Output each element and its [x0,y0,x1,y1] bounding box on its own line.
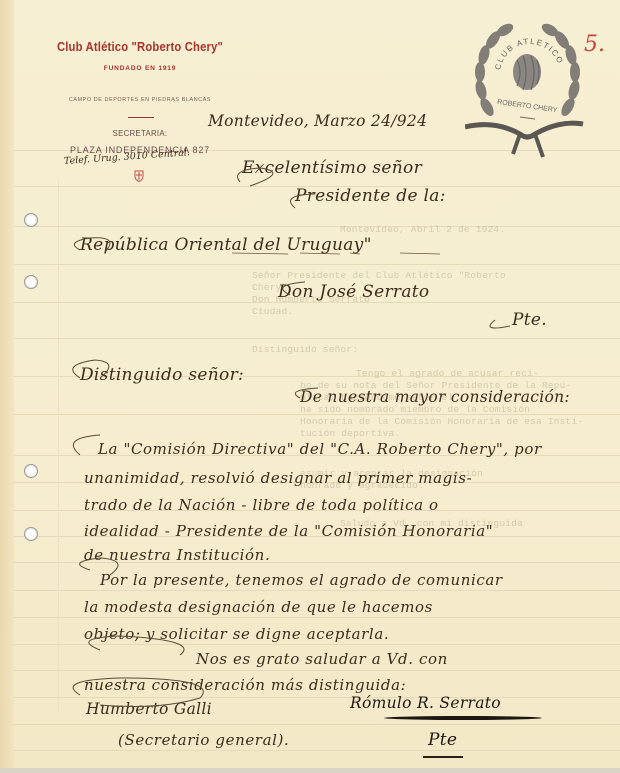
club-crest-icon [134,170,144,182]
greeting: Distinguido señor: [80,365,244,385]
body-line: la modesta designación de que le hacemos [84,598,433,616]
laurel-wreath-seal-icon: CLUB ATLETICO ROBERTO CHERY [465,12,590,162]
margin-line [58,180,59,713]
body-line: trado de la Nación - libre de toda polít… [84,496,439,514]
title-underline [423,756,463,758]
punch-hole-icon [24,275,38,289]
founded-year: FUNDADO EN 1919 [40,65,240,72]
body-line: La "Comisión Directiva" del "C.A. Robert… [98,440,542,458]
page-bottom-edge [0,768,620,773]
signature-underline [384,716,542,720]
country-name: República Oriental del Uruguay" [80,235,372,255]
secretary-signature: Humberto Galli [86,700,212,718]
salutation-title: Excelentísimo señor [242,158,422,178]
president-signature: Rómulo R. Serrato [350,694,501,712]
recipient-title: Pte. [512,310,547,330]
secretaria-label: SECRETARIA: [40,129,240,138]
body-line: nuestra consideración más distinguida: [84,676,406,694]
body-line: objeto; y solicitar se digne aceptarla. [84,625,389,643]
body-line: idealidad - Presidente de la "Comisión H… [84,522,493,540]
body-line: unanimidad, resolvió designar al primer … [84,469,472,487]
punch-hole-icon [24,213,38,227]
president-title: Pte [428,730,457,750]
svg-text:ROBERTO CHERY: ROBERTO CHERY [497,99,558,114]
sports-field-address: CAMPO DE DEPORTES EN PIEDRAS BLANCAS [40,97,240,103]
recipient-name: Don José Serrato [278,282,429,302]
place-date: Montevideo, Marzo 24/924 [208,112,427,130]
letter-page: Montevideo, Abril 2 de 1924. Señor Presi… [0,0,620,773]
body-line: de nuestra Institución. [84,546,270,564]
body-line: Nos es grato saludar a Vd. con [196,650,448,668]
secretary-title: (Secretario general). [118,731,289,749]
letterhead-divider [128,117,154,118]
salutation-office: Presidente de la: [295,186,446,206]
consideration: De nuestra mayor consideración: [300,388,570,406]
body-line: Por la presente, tenemos el agrado de co… [100,571,503,589]
club-name: Club Atlético "Roberto Chery" [50,40,230,54]
punch-hole-icon [24,464,38,478]
punch-hole-icon [24,527,38,541]
